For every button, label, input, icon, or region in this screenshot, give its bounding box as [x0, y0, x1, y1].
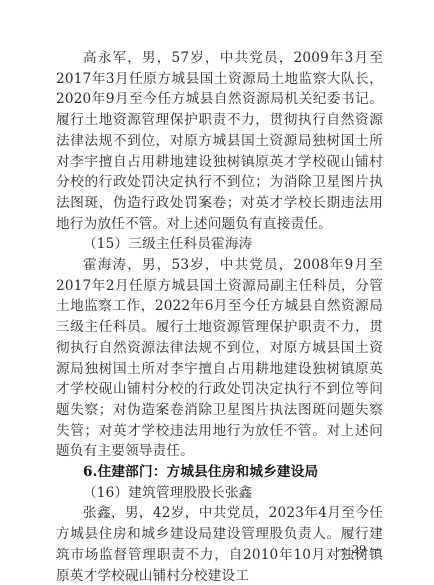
- page-number: — 29 —: [334, 543, 384, 556]
- paragraph-gao-yongjun: 高永军，男，57岁，中共党员，2009年3月至2017年3月任原方城县国土资源局…: [56, 48, 383, 234]
- paragraph-huo-haitao: 霍海涛，男，53岁，中共党员，2008年9月至2017年2月任原方城县国土资源局…: [56, 255, 383, 462]
- document-page: 高永军，男，57岁，中共党员，2009年3月至2017年3月任原方城县国土资源局…: [0, 0, 434, 585]
- subheading-huo-haitao: （15）三级主任科员霍海涛: [56, 234, 383, 255]
- section-heading-housing-department: 6.住建部门：方城县住房和城乡建设局: [56, 462, 383, 483]
- subheading-zhang-xin: （16）建筑管理股股长张鑫: [56, 483, 383, 504]
- page-content: 高永军，男，57岁，中共党员，2009年3月至2017年3月任原方城县国土资源局…: [56, 48, 383, 585]
